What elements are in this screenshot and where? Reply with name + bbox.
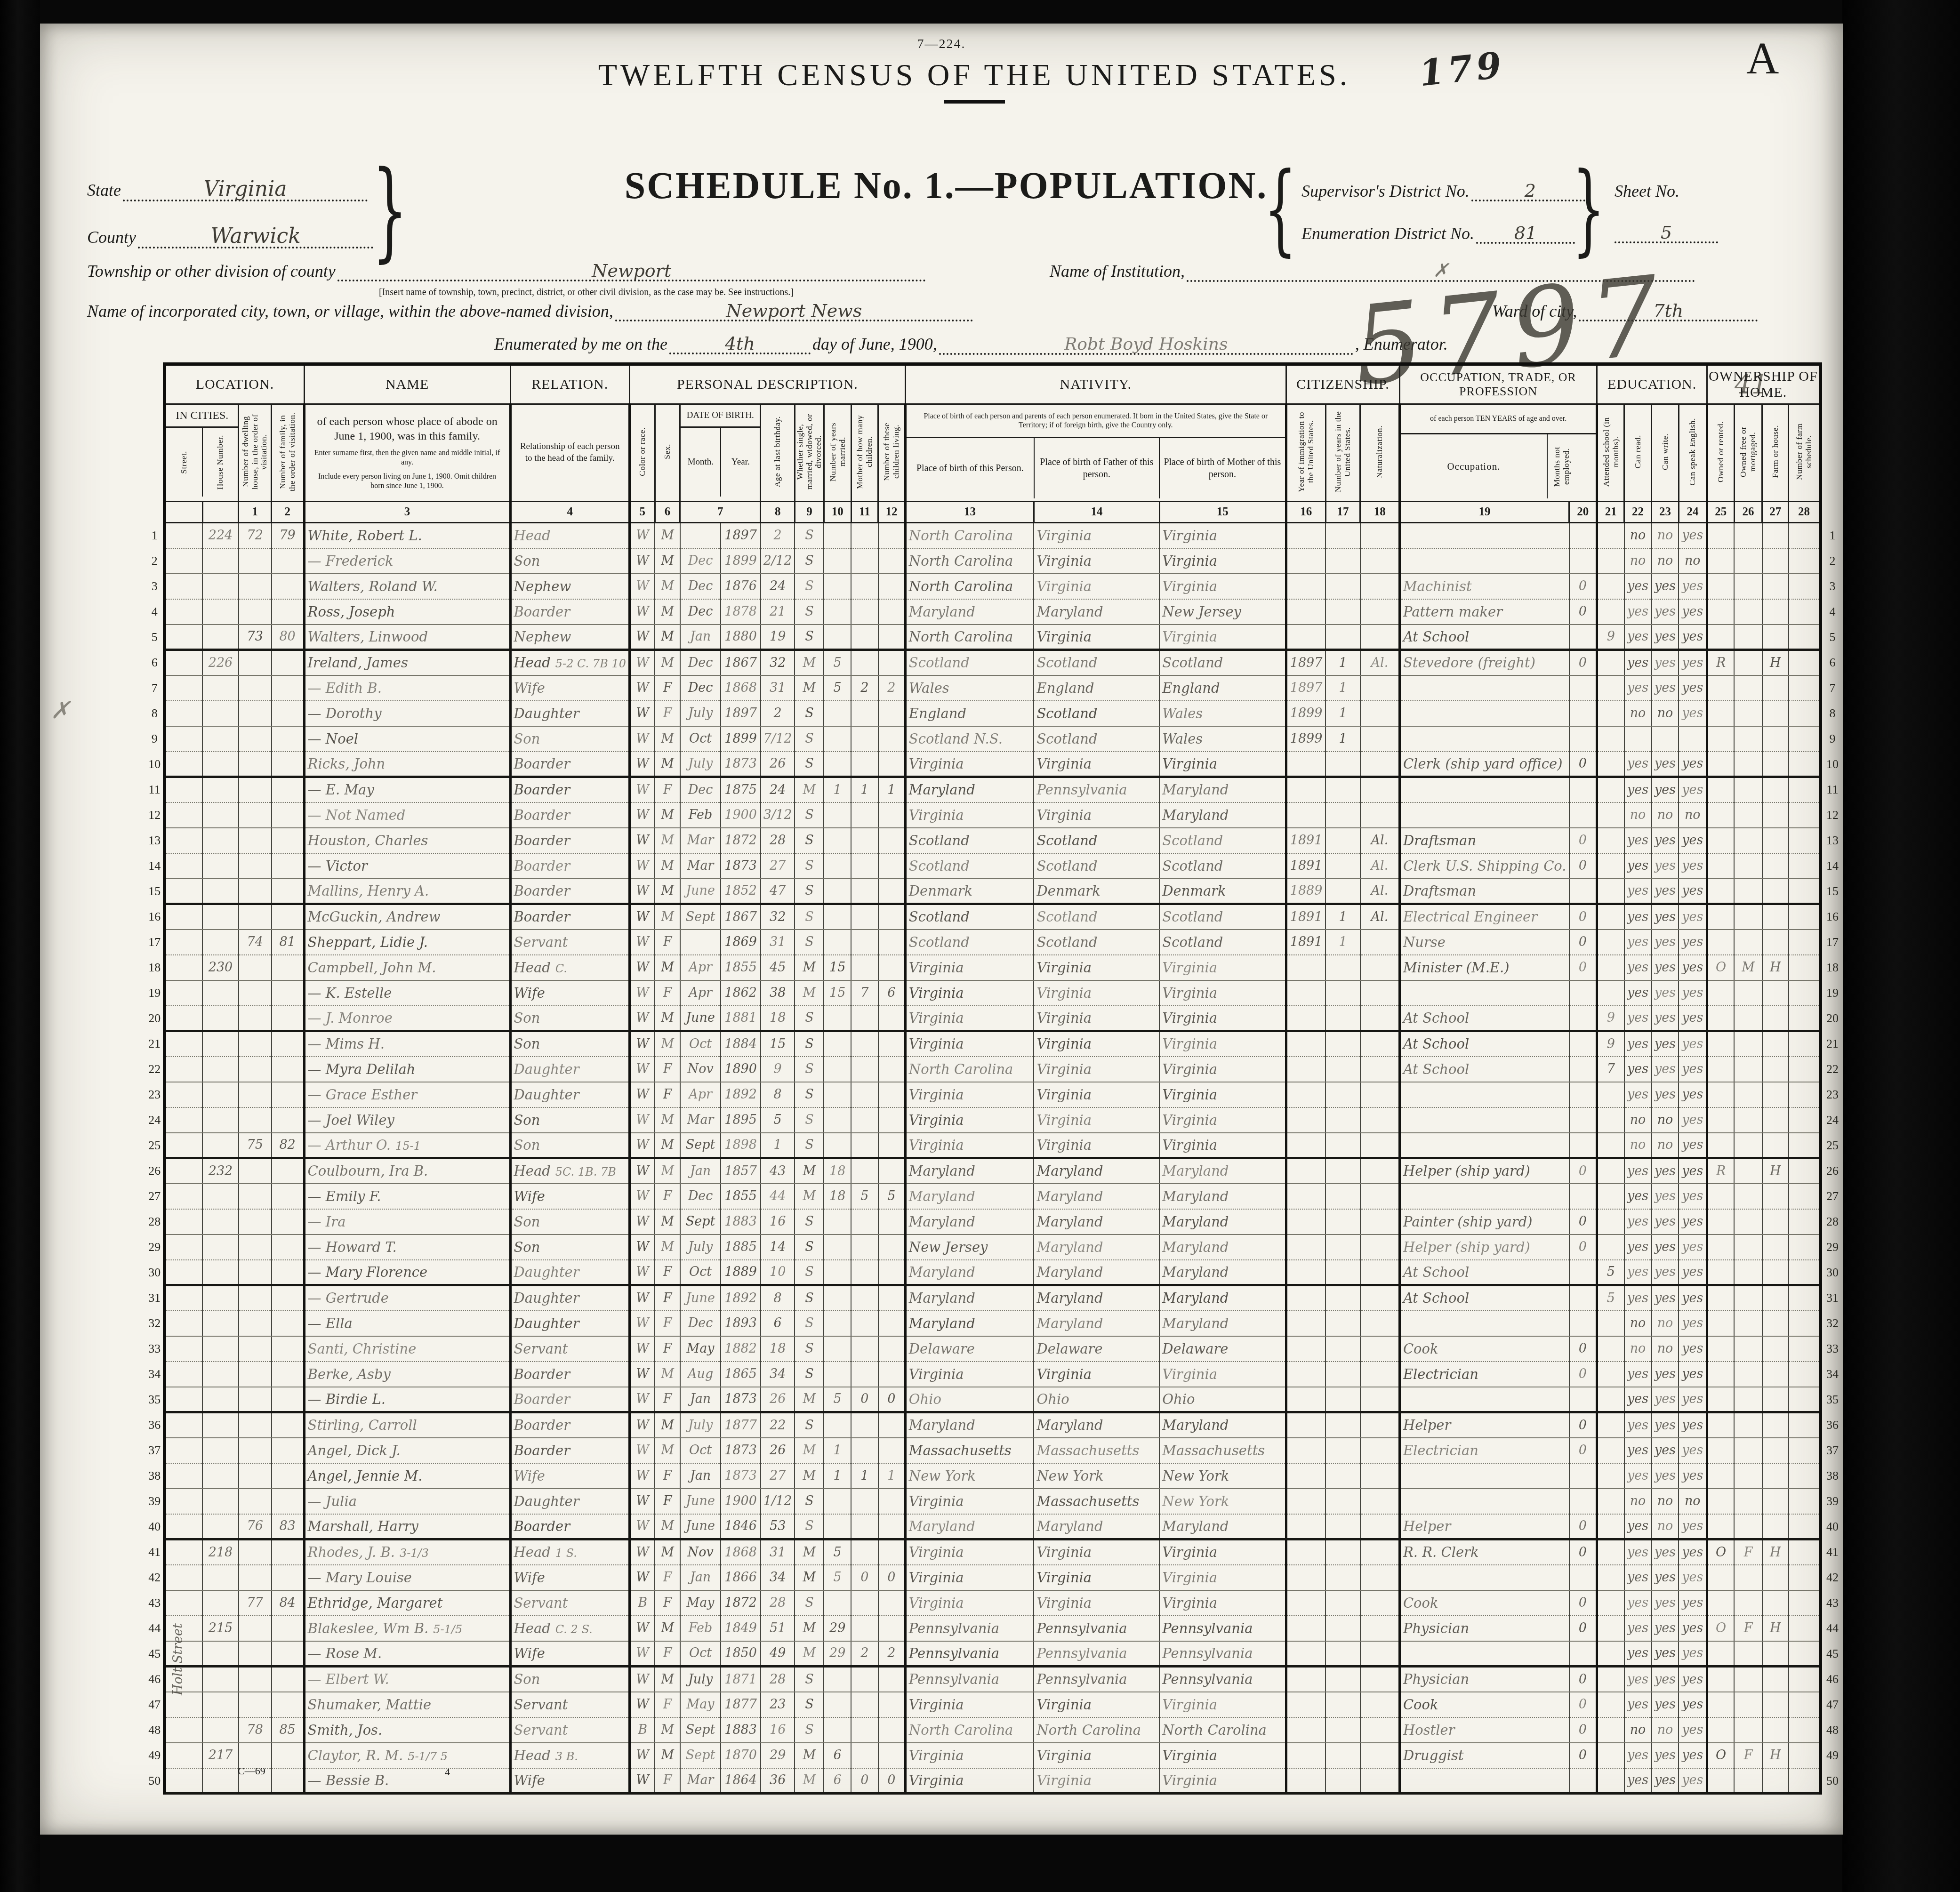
cell-age: 10 bbox=[761, 1260, 795, 1285]
cell-street bbox=[165, 777, 203, 802]
cell-write: no bbox=[1652, 1311, 1679, 1336]
state-label: State bbox=[87, 181, 121, 200]
cell-own bbox=[1707, 1667, 1734, 1692]
cell-fh bbox=[1762, 802, 1789, 828]
cell-mar: M bbox=[795, 1616, 824, 1641]
cell-fam bbox=[272, 1260, 305, 1285]
cell-yrsm bbox=[824, 523, 851, 548]
cell-read: yes bbox=[1624, 1692, 1652, 1717]
cell-imm: 1889 bbox=[1286, 879, 1325, 904]
cell-school bbox=[1597, 853, 1624, 879]
cell-imm bbox=[1286, 1641, 1325, 1667]
cell-dw bbox=[239, 1667, 272, 1692]
cell-age: 14 bbox=[761, 1235, 795, 1260]
cell-pobm: Virginia bbox=[1159, 1692, 1286, 1717]
cell-english: yes bbox=[1679, 752, 1707, 777]
cell-fs bbox=[1789, 1285, 1821, 1311]
colnum-mother-of: 11 bbox=[851, 502, 878, 523]
cell-name: Santi, Christine bbox=[304, 1336, 510, 1362]
cell-occ: Painter (ship yard) bbox=[1399, 1209, 1569, 1235]
row-number: 44 bbox=[1820, 1616, 1843, 1641]
cell-mar: M bbox=[795, 1565, 824, 1590]
cell-year: 1857 bbox=[721, 1158, 760, 1184]
cell-occ bbox=[1399, 1387, 1569, 1412]
cell-yrsm bbox=[824, 1209, 851, 1235]
cell-year: 1866 bbox=[721, 1565, 760, 1590]
enumerated-line: Enumerated by me on the 4th day of June,… bbox=[494, 334, 1448, 355]
cell-read: yes bbox=[1624, 599, 1652, 625]
pencil-mark: 3-1/3 bbox=[400, 1547, 429, 1560]
cell-fh bbox=[1762, 1692, 1789, 1717]
cell-year: 1877 bbox=[721, 1412, 760, 1438]
cell-mom bbox=[851, 1616, 878, 1641]
cell-write: no bbox=[1652, 1133, 1679, 1158]
cell-name: — Noel bbox=[304, 726, 510, 752]
cell-mom bbox=[851, 1057, 878, 1082]
cell-month: Sept bbox=[680, 1743, 721, 1768]
cell-age: 19 bbox=[761, 625, 795, 650]
row-number: 50 bbox=[146, 1768, 165, 1794]
cell-fm bbox=[1734, 1514, 1762, 1539]
cell-rel: Daughter bbox=[510, 1057, 629, 1082]
cell-pobm: Virginia bbox=[1159, 1006, 1286, 1031]
cell-months: 0 bbox=[1569, 1743, 1597, 1768]
cell-street bbox=[165, 955, 203, 980]
cell-write: yes bbox=[1652, 1209, 1679, 1235]
cell-write: yes bbox=[1652, 1057, 1679, 1082]
col-immigration-year: Year of immigration to the United States… bbox=[1286, 404, 1325, 502]
cell-color: W bbox=[629, 1311, 655, 1336]
cell-mar: M bbox=[795, 1539, 824, 1565]
cell-pob: Scotland bbox=[905, 904, 1034, 930]
cell-house bbox=[202, 879, 238, 904]
cell-mar: S bbox=[795, 1667, 824, 1692]
cell-imm bbox=[1286, 1285, 1325, 1311]
cell-english: yes bbox=[1679, 1692, 1707, 1717]
cell-read bbox=[1624, 726, 1652, 752]
group-name: NAME bbox=[304, 364, 510, 404]
col-year: Year. bbox=[720, 428, 760, 497]
cell-fam: 83 bbox=[272, 1514, 305, 1539]
cell-school bbox=[1597, 523, 1624, 548]
cell-house: 226 bbox=[202, 650, 238, 675]
cell-month: Oct bbox=[680, 1641, 721, 1667]
cell-fs bbox=[1789, 1768, 1821, 1794]
cell-liv: 1 bbox=[878, 1463, 906, 1489]
cell-dw bbox=[239, 1057, 272, 1082]
cell-rel: Wife bbox=[510, 980, 629, 1006]
cell-school bbox=[1597, 574, 1624, 599]
cell-sex: M bbox=[655, 1158, 680, 1184]
cell-mom bbox=[851, 1514, 878, 1539]
colnum-years-married: 10 bbox=[824, 502, 851, 523]
cell-mom bbox=[851, 625, 878, 650]
cell-occ: At School bbox=[1399, 1285, 1569, 1311]
row-number: 3 bbox=[146, 574, 165, 599]
cell-nat bbox=[1360, 1387, 1400, 1412]
cell-color: W bbox=[629, 1387, 655, 1412]
state-fill: Virginia bbox=[123, 179, 368, 201]
cell-fam bbox=[272, 1387, 305, 1412]
cell-fs bbox=[1789, 675, 1821, 701]
cell-imm bbox=[1286, 1514, 1325, 1539]
cell-name: White, Robert L. bbox=[304, 523, 510, 548]
cell-month: Jan bbox=[680, 625, 721, 650]
cell-month: July bbox=[680, 1412, 721, 1438]
colnum-color: 5 bbox=[629, 502, 655, 523]
cell-school bbox=[1597, 599, 1624, 625]
row-number: 23 bbox=[146, 1082, 165, 1107]
cell-yrsm bbox=[824, 1133, 851, 1158]
colnum-family: 2 bbox=[272, 502, 305, 523]
cell-name: Angel, Dick J. bbox=[304, 1438, 510, 1463]
cell-name: — Grace Esther bbox=[304, 1082, 510, 1107]
margin-mark: ✗ bbox=[50, 697, 70, 724]
cell-english: yes bbox=[1679, 1514, 1707, 1539]
cell-name: — Frederick bbox=[304, 548, 510, 574]
colnum-dob: 7 bbox=[680, 502, 761, 523]
cell-rel: Wife bbox=[510, 1768, 629, 1794]
cell-pob: Virginia bbox=[905, 1006, 1034, 1031]
cell-pobf: Pennsylvania bbox=[1034, 1641, 1159, 1667]
cell-dw bbox=[239, 1006, 272, 1031]
cell-yrsus bbox=[1325, 548, 1360, 574]
cell-mar: S bbox=[795, 1235, 824, 1260]
cell-english: yes bbox=[1679, 980, 1707, 1006]
cell-pobf: Maryland bbox=[1034, 1209, 1159, 1235]
cell-yrsm bbox=[824, 752, 851, 777]
cell-imm bbox=[1286, 1717, 1325, 1743]
cell-mar: M bbox=[795, 1743, 824, 1768]
row-number: 16 bbox=[146, 904, 165, 930]
cell-rel: Boarder bbox=[510, 777, 629, 802]
cell-english: no bbox=[1679, 548, 1707, 574]
cell-color: W bbox=[629, 879, 655, 904]
enumerated-day: 4th bbox=[725, 333, 755, 354]
cell-sex: F bbox=[655, 675, 680, 701]
form-code: 7—224. bbox=[917, 37, 966, 52]
cell-color: B bbox=[629, 1590, 655, 1616]
cell-pob: Scotland bbox=[905, 650, 1034, 675]
cell-name: — Birdie L. bbox=[304, 1387, 510, 1412]
row-number: 9 bbox=[146, 726, 165, 752]
col-street: Street. bbox=[166, 428, 202, 497]
cell-school: 9 bbox=[1597, 625, 1624, 650]
cell-dw bbox=[239, 1743, 272, 1768]
row-number: 27 bbox=[146, 1184, 165, 1209]
cell-name: — Howard T. bbox=[304, 1235, 510, 1260]
cell-age: 31 bbox=[761, 1539, 795, 1565]
cell-school bbox=[1597, 1489, 1624, 1514]
group-nativity: NATIVITY. bbox=[905, 364, 1286, 404]
cell-month: Sept bbox=[680, 1717, 721, 1743]
cell-rel: Nephew bbox=[510, 574, 629, 599]
cell-street bbox=[165, 980, 203, 1006]
row-number: 32 bbox=[146, 1311, 165, 1336]
cell-sex: F bbox=[655, 1336, 680, 1362]
cell-fh bbox=[1762, 777, 1789, 802]
row-number: 16 bbox=[1820, 904, 1843, 930]
cell-color: W bbox=[629, 1743, 655, 1768]
cell-read: yes bbox=[1624, 1387, 1652, 1412]
cell-mar: M bbox=[795, 1387, 824, 1412]
cell-house bbox=[202, 1590, 238, 1616]
nativity-note: Place of birth of each person and parent… bbox=[907, 405, 1285, 438]
cell-dw bbox=[239, 1311, 272, 1336]
cell-sex: M bbox=[655, 1006, 680, 1031]
cell-month: Dec bbox=[680, 548, 721, 574]
cell-month: Dec bbox=[680, 574, 721, 599]
pencil-mark: 3 B. bbox=[555, 1750, 578, 1763]
cell-fm bbox=[1734, 853, 1762, 879]
cell-school bbox=[1597, 1082, 1624, 1107]
county-line: County Warwick bbox=[87, 226, 373, 249]
cell-fm: F bbox=[1734, 1616, 1762, 1641]
cell-yrsm: 15 bbox=[824, 955, 851, 980]
cell-age: 38 bbox=[761, 980, 795, 1006]
cell-english: yes bbox=[1679, 574, 1707, 599]
cell-own bbox=[1707, 1006, 1734, 1031]
cell-fam bbox=[272, 1641, 305, 1667]
cell-sex: M bbox=[655, 1616, 680, 1641]
cell-mom bbox=[851, 752, 878, 777]
cell-nat bbox=[1360, 752, 1400, 777]
cell-mar: M bbox=[795, 1438, 824, 1463]
cell-age: 24 bbox=[761, 574, 795, 599]
cell-name: — Gertrude bbox=[304, 1285, 510, 1311]
cell-fam bbox=[272, 1565, 305, 1590]
cell-street bbox=[165, 701, 203, 726]
cell-pobm: New Jersey bbox=[1159, 599, 1286, 625]
cell-month bbox=[680, 930, 721, 955]
cell-yrsm bbox=[824, 1692, 851, 1717]
cell-year: 1890 bbox=[721, 1057, 760, 1082]
cell-mom bbox=[851, 1235, 878, 1260]
cell-imm: 1899 bbox=[1286, 726, 1325, 752]
cell-dw bbox=[239, 650, 272, 675]
cell-dw bbox=[239, 1539, 272, 1565]
cell-mar: S bbox=[795, 1590, 824, 1616]
cell-age: 26 bbox=[761, 1387, 795, 1412]
cell-fh bbox=[1762, 828, 1789, 853]
pencil-mark: 5C. 1B. 7B bbox=[555, 1165, 616, 1178]
col-years-married: Number of years married. bbox=[824, 404, 851, 502]
cell-own bbox=[1707, 1082, 1734, 1107]
cell-yrsm: 15 bbox=[824, 980, 851, 1006]
cell-street bbox=[165, 625, 203, 650]
cell-own bbox=[1707, 802, 1734, 828]
cell-street bbox=[165, 1438, 203, 1463]
cell-age: 31 bbox=[761, 930, 795, 955]
colnum-years-us: 17 bbox=[1325, 502, 1360, 523]
row-number: 23 bbox=[1820, 1082, 1843, 1107]
cell-street bbox=[165, 523, 203, 548]
col-attended-school: Attended school (in months). bbox=[1597, 404, 1624, 502]
cell-name: — J. Monroe bbox=[304, 1006, 510, 1031]
cell-read: yes bbox=[1624, 1235, 1652, 1260]
cell-yrsm bbox=[824, 574, 851, 599]
cell-nat bbox=[1360, 1235, 1400, 1260]
cell-liv bbox=[878, 1006, 906, 1031]
enumerated-prefix: Enumerated by me on the bbox=[494, 335, 667, 353]
cell-sex: F bbox=[655, 1387, 680, 1412]
cell-house bbox=[202, 1362, 238, 1387]
table-row: 57380Walters, LinwoodNephewWMJan188019SN… bbox=[146, 625, 1843, 650]
cell-month: Sept bbox=[680, 1209, 721, 1235]
cell-school bbox=[1597, 1514, 1624, 1539]
cell-read: yes bbox=[1624, 1362, 1652, 1387]
row-number: 37 bbox=[1820, 1438, 1843, 1463]
cell-fam bbox=[272, 955, 305, 980]
cell-street bbox=[165, 1514, 203, 1539]
cell-color: W bbox=[629, 1539, 655, 1565]
cell-fh bbox=[1762, 1184, 1789, 1209]
cell-nat bbox=[1360, 675, 1400, 701]
cell-mom: 1 bbox=[851, 1463, 878, 1489]
cell-months: 0 bbox=[1569, 1692, 1597, 1717]
cell-imm bbox=[1286, 548, 1325, 574]
cell-school bbox=[1597, 879, 1624, 904]
cell-read: yes bbox=[1624, 650, 1652, 675]
cell-fs bbox=[1789, 1260, 1821, 1285]
cell-month: Oct bbox=[680, 1031, 721, 1057]
cell-fh bbox=[1762, 1260, 1789, 1285]
cell-months: 0 bbox=[1569, 1667, 1597, 1692]
cell-yrsus bbox=[1325, 828, 1360, 853]
row-number: 48 bbox=[1820, 1717, 1843, 1743]
cell-english: yes bbox=[1679, 1539, 1707, 1565]
cell-rel: Boarder bbox=[510, 1362, 629, 1387]
cell-year: 1884 bbox=[721, 1031, 760, 1057]
cell-imm bbox=[1286, 1743, 1325, 1768]
cell-nat: Al. bbox=[1360, 650, 1400, 675]
cell-imm bbox=[1286, 1158, 1325, 1184]
cell-english: yes bbox=[1679, 1717, 1707, 1743]
cell-yrsus bbox=[1325, 1616, 1360, 1641]
cell-rel: Daughter bbox=[510, 1285, 629, 1311]
cell-pobm: Scotland bbox=[1159, 904, 1286, 930]
cell-mom bbox=[851, 1667, 878, 1692]
cell-dw bbox=[239, 1565, 272, 1590]
row-number: 19 bbox=[146, 980, 165, 1006]
cell-yrsm: 29 bbox=[824, 1616, 851, 1641]
cell-pob: Virginia bbox=[905, 1133, 1034, 1158]
cell-mar: S bbox=[795, 574, 824, 599]
cell-pob: Scotland bbox=[905, 930, 1034, 955]
cell-yrsus: 1 bbox=[1325, 675, 1360, 701]
cell-read: yes bbox=[1624, 1590, 1652, 1616]
cell-mar: S bbox=[795, 625, 824, 650]
col-pob-father: Place of birth of Father of this person. bbox=[1034, 438, 1159, 498]
row-number: 36 bbox=[1820, 1412, 1843, 1438]
sheet-value-line: 5 bbox=[1615, 224, 1718, 243]
cell-imm bbox=[1286, 802, 1325, 828]
cell-yrsm bbox=[824, 599, 851, 625]
cell-name: — Dorothy bbox=[304, 701, 510, 726]
cell-fm bbox=[1734, 828, 1762, 853]
cell-imm bbox=[1286, 1260, 1325, 1285]
cell-sex: M bbox=[655, 828, 680, 853]
cell-fh: H bbox=[1762, 1743, 1789, 1768]
cell-read: yes bbox=[1624, 1285, 1652, 1311]
cell-year: 1900 bbox=[721, 802, 760, 828]
cell-mom bbox=[851, 1031, 878, 1057]
cell-fs bbox=[1789, 1616, 1821, 1641]
cell-school bbox=[1597, 1412, 1624, 1438]
cell-rel: Servant bbox=[510, 1717, 629, 1743]
cell-write: yes bbox=[1652, 625, 1679, 650]
cell-fs bbox=[1789, 828, 1821, 853]
enumerator-fill: Robt Boyd Hoskins bbox=[939, 336, 1353, 355]
cell-month: July bbox=[680, 1667, 721, 1692]
cell-read: yes bbox=[1624, 1463, 1652, 1489]
row-number: 20 bbox=[146, 1006, 165, 1031]
col-can-speak-english: Can speak English. bbox=[1679, 404, 1707, 502]
cell-own bbox=[1707, 1565, 1734, 1590]
cell-read: no bbox=[1624, 1311, 1652, 1336]
cell-own bbox=[1707, 1362, 1734, 1387]
table-row: 21— Mims H.SonWMOct188415SVirginiaVirgin… bbox=[146, 1031, 1843, 1057]
cell-pobm: Virginia bbox=[1159, 1107, 1286, 1133]
cell-nat bbox=[1360, 1590, 1400, 1616]
cell-age: 23 bbox=[761, 1692, 795, 1717]
cell-own bbox=[1707, 574, 1734, 599]
cell-pobm: Virginia bbox=[1159, 523, 1286, 548]
cell-pobf: Maryland bbox=[1034, 1184, 1159, 1209]
row-number: 15 bbox=[146, 879, 165, 904]
cell-dw bbox=[239, 1362, 272, 1387]
cell-school bbox=[1597, 1667, 1624, 1692]
row-number: 40 bbox=[1820, 1514, 1843, 1539]
cell-pobm: Scotland bbox=[1159, 853, 1286, 879]
cell-name: Marshall, Harry bbox=[304, 1514, 510, 1539]
cell-fh bbox=[1762, 980, 1789, 1006]
cell-imm bbox=[1286, 1539, 1325, 1565]
cell-month: Apr bbox=[680, 980, 721, 1006]
cell-pobf: Maryland bbox=[1034, 1514, 1159, 1539]
cell-rel: Boarder bbox=[510, 1387, 629, 1412]
cell-mar: S bbox=[795, 879, 824, 904]
cell-own bbox=[1707, 1260, 1734, 1285]
cell-fh bbox=[1762, 574, 1789, 599]
cell-fh bbox=[1762, 879, 1789, 904]
cell-nat bbox=[1360, 777, 1400, 802]
cell-rel: Boarder bbox=[510, 879, 629, 904]
cell-sex: M bbox=[655, 548, 680, 574]
cell-pobm: Virginia bbox=[1159, 752, 1286, 777]
cell-fam bbox=[272, 1438, 305, 1463]
col-relation: Relationship of each person to the head … bbox=[510, 404, 629, 502]
cell-fm bbox=[1734, 1285, 1762, 1311]
cell-occ bbox=[1399, 1184, 1569, 1209]
cell-imm bbox=[1286, 1235, 1325, 1260]
cell-fs bbox=[1789, 625, 1821, 650]
col-month: Month. bbox=[681, 428, 720, 497]
cell-yrsus bbox=[1325, 1285, 1360, 1311]
row-number: 48 bbox=[146, 1717, 165, 1743]
row-number: 49 bbox=[146, 1743, 165, 1768]
cell-fam: 82 bbox=[272, 1133, 305, 1158]
cell-pobm: Virginia bbox=[1159, 548, 1286, 574]
cell-month: Feb bbox=[680, 1616, 721, 1641]
cell-write: no bbox=[1652, 548, 1679, 574]
cell-mar: S bbox=[795, 853, 824, 879]
in-cities-label: IN CITIES. bbox=[166, 405, 238, 428]
table-row: 11— E. MayBoarderWFDec187524M111Maryland… bbox=[146, 777, 1843, 802]
colnum-occupation: 19 bbox=[1399, 502, 1569, 523]
cell-occ: Physician bbox=[1399, 1667, 1569, 1692]
cell-street bbox=[165, 1082, 203, 1107]
